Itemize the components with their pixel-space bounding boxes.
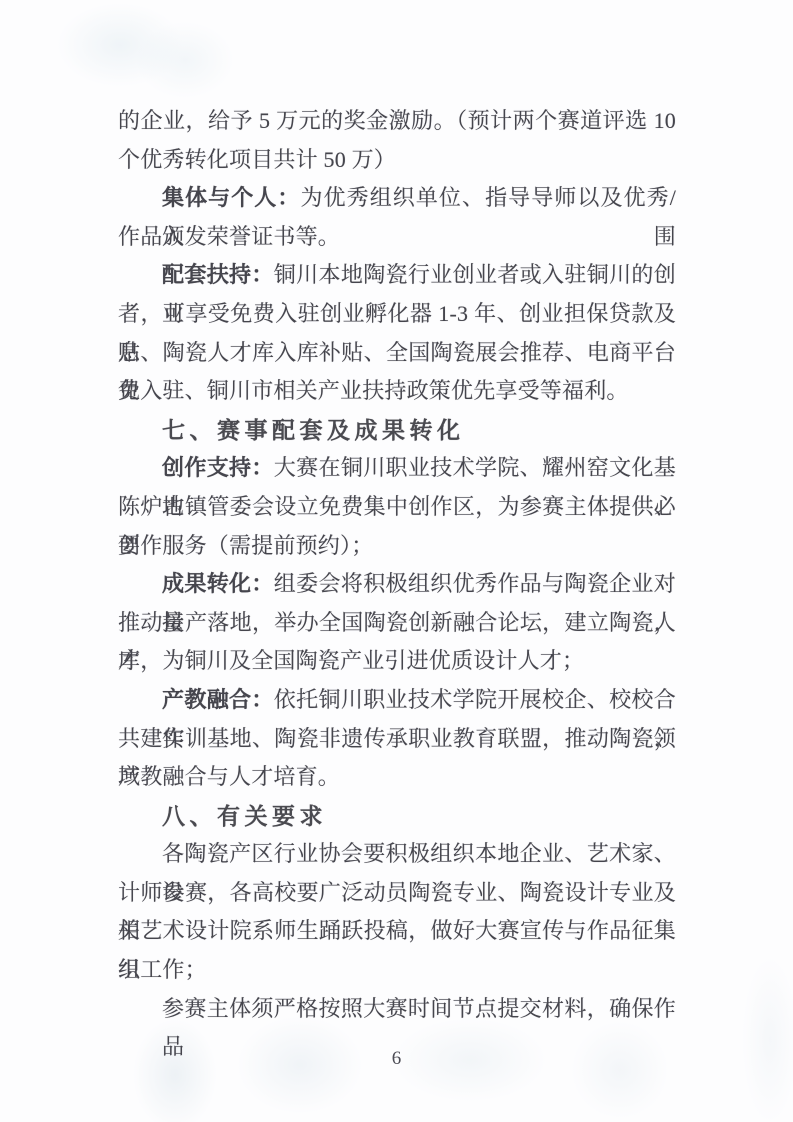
text-line: 个优秀转化项目共计 50 万）	[118, 141, 676, 180]
page-number: 6	[0, 1046, 793, 1072]
text-line: 费入驻、铜川市相关产业扶持政策优先享受等福利。	[118, 372, 676, 411]
text-line: 创作支持：大赛在铜川职业技术学院、耀州窑文化基地、	[118, 449, 676, 488]
document-page: 的企业，给予 5 万元的奖金激励。（预计两个赛道评选 10 个优秀转化项目共计 …	[0, 0, 793, 1122]
text-line: 集体与个人：为优秀组织单位、指导导师以及优秀/入围	[118, 179, 676, 218]
text-line: 的企业，给予 5 万元的奖金激励。（预计两个赛道评选 10	[118, 102, 676, 141]
text-line: 各陶瓷产区行业协会要积极组织本地企业、艺术家、设	[118, 835, 676, 874]
text-line: 者，可享受免费入驻创业孵化器 1-3 年、创业担保贷款及贴	[118, 295, 676, 334]
text-column: 的企业，给予 5 万元的奖金激励。（预计两个赛道评选 10 个优秀转化项目共计 …	[118, 102, 676, 1028]
text-line: 陈炉古镇管委会设立免费集中创作区，为参赛主体提供必要	[118, 488, 676, 527]
run-in-heading: 成果转化：	[162, 571, 274, 596]
run-in-heading: 产教融合：	[162, 687, 274, 712]
text-line: 关艺术设计院系师生踊跃投稿，做好大赛宣传与作品征集组	[118, 912, 676, 951]
text-line: 配套扶持：铜川本地陶瓷行业创业者或入驻铜川的创业	[118, 256, 676, 295]
text-line: 共建实训基地、陶瓷非遗传承职业教育联盟，推动陶瓷领域	[118, 720, 676, 759]
text-line: 库，为铜川及全国陶瓷产业引进优质设计人才；	[118, 642, 676, 681]
run-in-heading: 创作支持：	[162, 455, 274, 480]
run-in-heading: 配套扶持：	[162, 262, 274, 287]
run-in-heading: 集体与个人：	[162, 185, 300, 210]
text-line: 参赛主体须严格按照大赛时间节点提交材料，确保作品	[118, 990, 676, 1029]
text-line: 推动量产落地，举办全国陶瓷创新融合论坛，建立陶瓷人才	[118, 604, 676, 643]
text-line: 创作服务（需提前预约）；	[118, 527, 676, 566]
section-heading-7: 七、赛事配套及成果转化	[118, 411, 676, 450]
text-line: 产教融合：依托铜川职业技术学院开展校企、校校合作，	[118, 681, 676, 720]
text-line: 息、陶瓷人才库入库补贴、全国陶瓷展会推荐、电商平台免	[118, 334, 676, 373]
text-line: 织工作；	[118, 951, 676, 990]
section-heading-8: 八、有关要求	[118, 797, 676, 836]
text-line: 成果转化：组委会将积极组织优秀作品与陶瓷企业对接，	[118, 565, 676, 604]
text-line: 计师参赛，各高校要广泛动员陶瓷专业、陶瓷设计专业及相	[118, 874, 676, 913]
text-line: 产教融合与人才培育。	[118, 758, 676, 797]
